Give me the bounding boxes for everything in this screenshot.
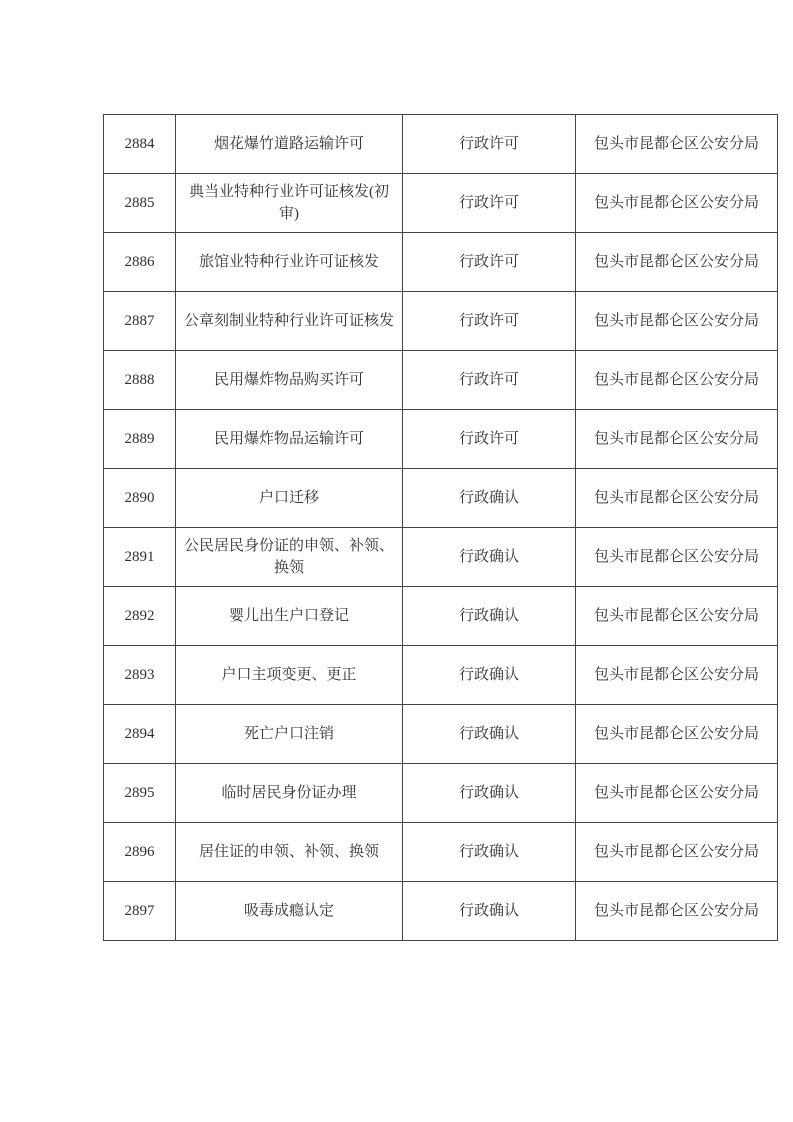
service-type: 行政确认 [403, 646, 576, 705]
table-row: 2884 烟花爆竹道路运输许可 行政许可 包头市昆都仑区公安分局 [104, 115, 778, 174]
table-row: 2891 公民居民身份证的申领、补领、换领 行政确认 包头市昆都仑区公安分局 [104, 528, 778, 587]
row-number: 2885 [104, 174, 176, 233]
service-name: 吸毒成瘾认定 [176, 882, 403, 941]
row-number: 2884 [104, 115, 176, 174]
department-name: 包头市昆都仑区公安分局 [576, 233, 778, 292]
service-type: 行政许可 [403, 351, 576, 410]
table-row: 2886 旅馆业特种行业许可证核发 行政许可 包头市昆都仑区公安分局 [104, 233, 778, 292]
row-number: 2892 [104, 587, 176, 646]
row-number: 2891 [104, 528, 176, 587]
department-name: 包头市昆都仑区公安分局 [576, 292, 778, 351]
row-number: 2890 [104, 469, 176, 528]
service-type: 行政确认 [403, 882, 576, 941]
table-row: 2892 婴儿出生户口登记 行政确认 包头市昆都仑区公安分局 [104, 587, 778, 646]
department-name: 包头市昆都仑区公安分局 [576, 882, 778, 941]
department-name: 包头市昆都仑区公安分局 [576, 528, 778, 587]
service-type: 行政确认 [403, 469, 576, 528]
row-number: 2888 [104, 351, 176, 410]
department-name: 包头市昆都仑区公安分局 [576, 587, 778, 646]
department-name: 包头市昆都仑区公安分局 [576, 646, 778, 705]
table-row: 2895 临时居民身份证办理 行政确认 包头市昆都仑区公安分局 [104, 764, 778, 823]
row-number: 2896 [104, 823, 176, 882]
table-row: 2896 居住证的申领、补领、换领 行政确认 包头市昆都仑区公安分局 [104, 823, 778, 882]
table-row: 2889 民用爆炸物品运输许可 行政许可 包头市昆都仑区公安分局 [104, 410, 778, 469]
row-number: 2893 [104, 646, 176, 705]
service-name: 民用爆炸物品购买许可 [176, 351, 403, 410]
service-name: 烟花爆竹道路运输许可 [176, 115, 403, 174]
service-name: 死亡户口注销 [176, 705, 403, 764]
service-name: 户口主项变更、更正 [176, 646, 403, 705]
document-page: 2884 烟花爆竹道路运输许可 行政许可 包头市昆都仑区公安分局 2885 典当… [0, 0, 793, 1122]
table-row: 2887 公章刻制业特种行业许可证核发 行政许可 包头市昆都仑区公安分局 [104, 292, 778, 351]
service-type: 行政确认 [403, 764, 576, 823]
service-name: 公民居民身份证的申领、补领、换领 [176, 528, 403, 587]
department-name: 包头市昆都仑区公安分局 [576, 705, 778, 764]
department-name: 包头市昆都仑区公安分局 [576, 115, 778, 174]
service-type: 行政确认 [403, 823, 576, 882]
service-type: 行政确认 [403, 587, 576, 646]
service-type: 行政许可 [403, 292, 576, 351]
service-type: 行政许可 [403, 115, 576, 174]
service-name: 婴儿出生户口登记 [176, 587, 403, 646]
service-name: 典当业特种行业许可证核发(初审) [176, 174, 403, 233]
service-name: 户口迁移 [176, 469, 403, 528]
department-name: 包头市昆都仑区公安分局 [576, 410, 778, 469]
service-name: 临时居民身份证办理 [176, 764, 403, 823]
service-type: 行政许可 [403, 410, 576, 469]
department-name: 包头市昆都仑区公安分局 [576, 351, 778, 410]
table-row: 2894 死亡户口注销 行政确认 包头市昆都仑区公安分局 [104, 705, 778, 764]
department-name: 包头市昆都仑区公安分局 [576, 823, 778, 882]
service-type: 行政确认 [403, 528, 576, 587]
services-table: 2884 烟花爆竹道路运输许可 行政许可 包头市昆都仑区公安分局 2885 典当… [103, 114, 778, 941]
service-name: 居住证的申领、补领、换领 [176, 823, 403, 882]
service-type: 行政许可 [403, 174, 576, 233]
service-name: 民用爆炸物品运输许可 [176, 410, 403, 469]
department-name: 包头市昆都仑区公安分局 [576, 764, 778, 823]
department-name: 包头市昆都仑区公安分局 [576, 174, 778, 233]
table-row: 2897 吸毒成瘾认定 行政确认 包头市昆都仑区公安分局 [104, 882, 778, 941]
row-number: 2889 [104, 410, 176, 469]
row-number: 2886 [104, 233, 176, 292]
department-name: 包头市昆都仑区公安分局 [576, 469, 778, 528]
row-number: 2895 [104, 764, 176, 823]
table-row: 2885 典当业特种行业许可证核发(初审) 行政许可 包头市昆都仑区公安分局 [104, 174, 778, 233]
service-type: 行政许可 [403, 233, 576, 292]
row-number: 2887 [104, 292, 176, 351]
service-name: 公章刻制业特种行业许可证核发 [176, 292, 403, 351]
service-name: 旅馆业特种行业许可证核发 [176, 233, 403, 292]
row-number: 2894 [104, 705, 176, 764]
row-number: 2897 [104, 882, 176, 941]
table-row: 2893 户口主项变更、更正 行政确认 包头市昆都仑区公安分局 [104, 646, 778, 705]
table-row: 2890 户口迁移 行政确认 包头市昆都仑区公安分局 [104, 469, 778, 528]
table-row: 2888 民用爆炸物品购买许可 行政许可 包头市昆都仑区公安分局 [104, 351, 778, 410]
service-type: 行政确认 [403, 705, 576, 764]
